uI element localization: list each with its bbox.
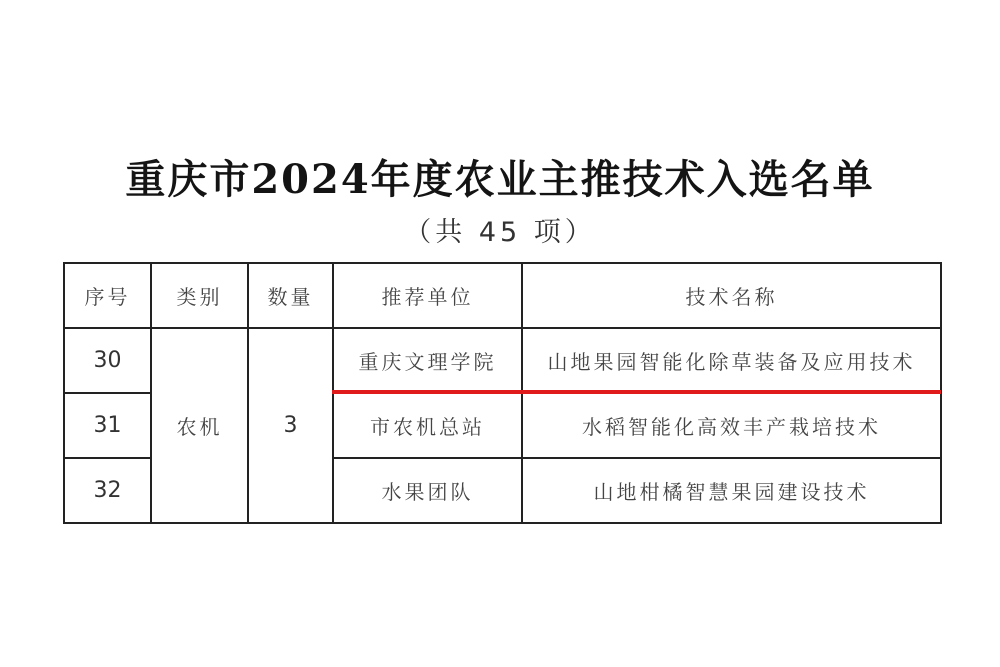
table-row: 30 农机 3 重庆文理学院 山地果园智能化除草装备及应用技术 (64, 328, 941, 393)
row-unit: 市农机总站 (333, 393, 522, 458)
header-index: 序号 (64, 263, 151, 328)
row-technology: 山地果园智能化除草装备及应用技术 (522, 328, 941, 393)
row-index: 31 (64, 393, 151, 458)
header-category: 类别 (151, 263, 248, 328)
red-underline-highlight (332, 390, 941, 394)
document-title: 重庆市2024年度农业主推技术入选名单 (0, 148, 1000, 205)
header-technology: 技术名称 (522, 263, 941, 328)
count-cell: 3 (248, 328, 333, 523)
row-index: 32 (64, 458, 151, 523)
header-unit: 推荐单位 (333, 263, 522, 328)
row-unit: 水果团队 (333, 458, 522, 523)
header-count: 数量 (248, 263, 333, 328)
category-cell: 农机 (151, 328, 248, 523)
document-subtitle: （共 45 项） (0, 210, 1000, 249)
row-technology: 山地柑橘智慧果园建设技术 (522, 458, 941, 523)
row-unit: 重庆文理学院 (333, 328, 522, 393)
row-technology: 水稻智能化高效丰产栽培技术 (522, 393, 941, 458)
table-header-row: 序号 类别 数量 推荐单位 技术名称 (64, 263, 941, 328)
row-index: 30 (64, 328, 151, 393)
